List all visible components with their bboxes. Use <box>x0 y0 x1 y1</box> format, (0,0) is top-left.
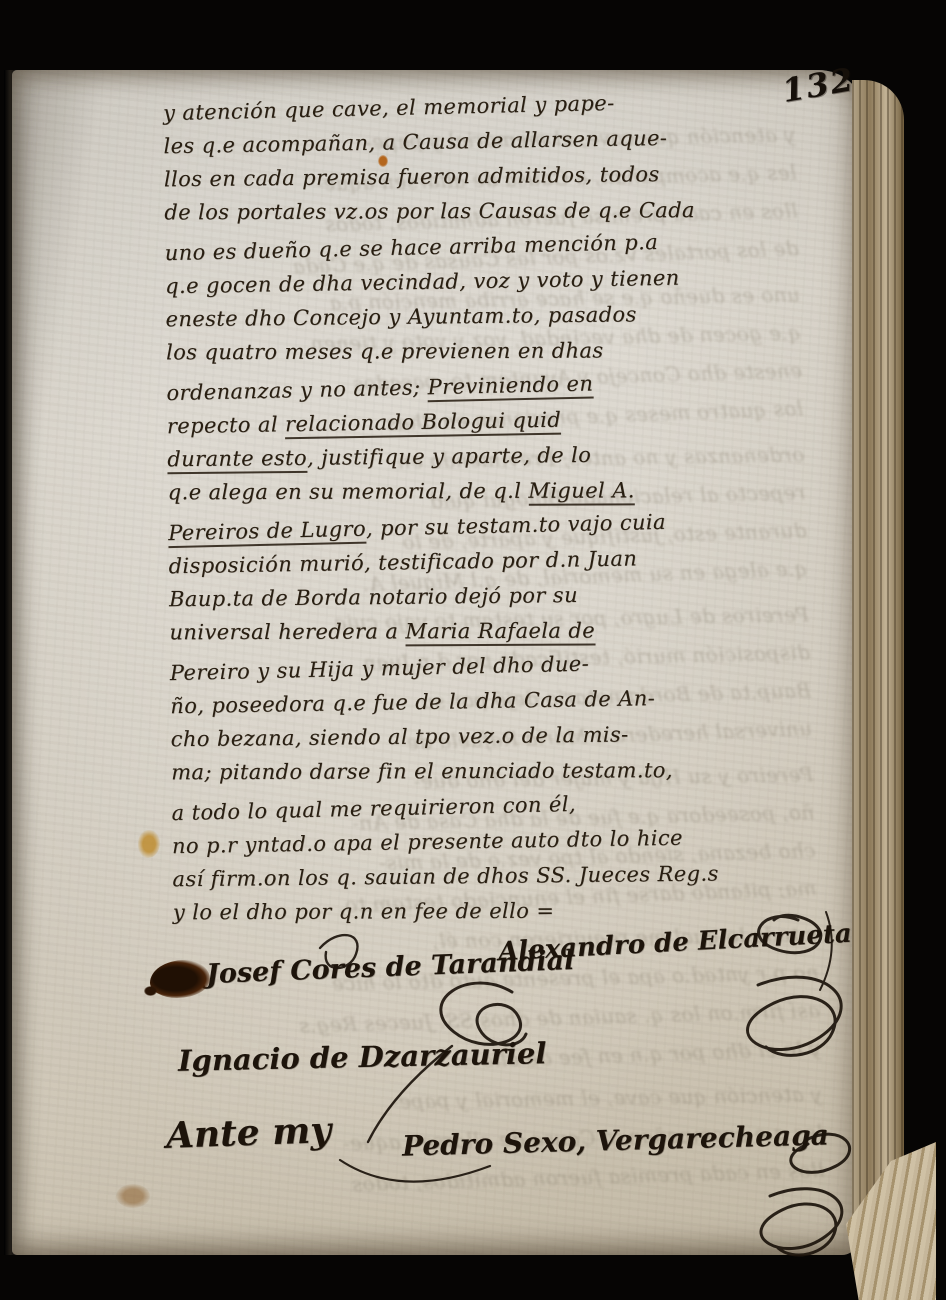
photograph-of-bound-manuscript: 132 y atención que cave, el memorial y p… <box>0 0 946 1300</box>
brown-smudge-stain <box>116 1184 150 1208</box>
ink-blot-droplet <box>144 986 157 996</box>
small-orange-stain <box>378 155 388 167</box>
signature-rubric-flourishes <box>0 0 946 1300</box>
